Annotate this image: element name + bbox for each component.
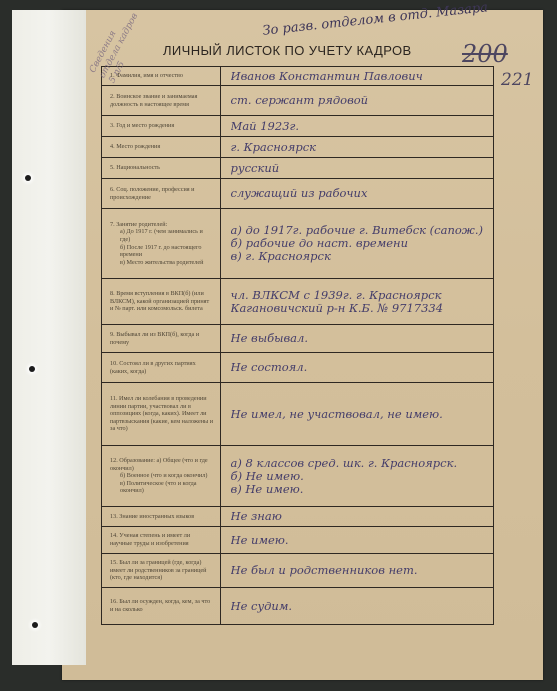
answer-cell: Не состоял. — [220, 353, 493, 383]
question-cell: 5. Национальность — [102, 158, 221, 179]
handwritten-answer: Иванов Константин Павлович — [231, 70, 483, 83]
question-label: 11. Имел ли колебания в проведении линии… — [110, 395, 214, 433]
form-row: 6. Соц. положение, профессия и происхожд… — [102, 179, 494, 209]
answer-cell: служащий из рабочих — [220, 179, 493, 209]
answer-cell: г. Красноярск — [220, 137, 493, 158]
answer-cell: Не судим. — [220, 588, 493, 625]
answer-cell: Не имел, не участвовал, не имею. — [220, 383, 493, 446]
answer-cell: ст. сержант рядовой — [220, 86, 493, 116]
form-row: 15. Был ли за границей (где, когда) имее… — [102, 554, 494, 588]
question-label: 8. Время вступления в ВКП(б) (или ВЛКСМ)… — [110, 290, 214, 313]
handwritten-answer: Не выбывал. — [231, 332, 483, 345]
form-row: 11. Имел ли колебания в проведении линии… — [102, 383, 494, 446]
question-cell: 12. Образование: а) Общее (что и где око… — [102, 446, 221, 507]
question-label: 16. Был ли осужден, когда, кем, за что и… — [110, 598, 214, 613]
question-label: 5. Национальность — [110, 164, 214, 172]
form-title: ЛИЧНЫЙ ЛИСТОК ПО УЧЕТУ КАДРОВ — [163, 43, 412, 58]
question-cell: 8. Время вступления в ВКП(б) (или ВЛКСМ)… — [102, 279, 221, 325]
handwritten-answer: ст. сержант рядовой — [231, 94, 483, 107]
form-row: 9. Выбывал ли из ВКП(б), когда и почемуН… — [102, 325, 494, 353]
handwritten-answer: Не состоял. — [231, 361, 483, 374]
form-row: 16. Был ли осужден, когда, кем, за что и… — [102, 588, 494, 625]
handwritten-answer: Не был и родственников нет. — [231, 564, 483, 577]
question-label: 10. Состоял ли в других партиях (каких, … — [110, 360, 214, 375]
handwritten-answer: в) г. Красноярск — [231, 250, 483, 263]
question-label: 1. Фамилия, имя и отчество — [110, 72, 214, 80]
question-label: 13. Знание иностранных языков — [110, 513, 214, 521]
answer-cell: русский — [220, 158, 493, 179]
answer-cell: Иванов Константин Павлович — [220, 67, 493, 86]
question-cell: 14. Ученая степень и имеет ли научные тр… — [102, 527, 221, 554]
handwritten-answer: б) рабочие до наст. времени — [231, 237, 483, 250]
question-cell: 13. Знание иностранных языков — [102, 507, 221, 527]
handwritten-answer: русский — [231, 162, 483, 175]
handwritten-answer: Май 1923г. — [231, 120, 483, 133]
question-cell: 2. Воинское звание и занимаемая должност… — [102, 86, 221, 116]
question-sub-label: в) Место жительства родителей — [110, 259, 214, 267]
answer-cell: Май 1923г. — [220, 116, 493, 137]
answer-cell: Не выбывал. — [220, 325, 493, 353]
question-sub-label: б) После 1917 г. до настоящего времени — [110, 244, 214, 259]
handwritten-answer: а) 8 классов сред. шк. г. Красноярск. — [231, 457, 483, 470]
question-cell: 4. Место рождения — [102, 137, 221, 158]
archive-number: 221 — [501, 70, 533, 90]
handwritten-answer: б) Не имею. — [231, 470, 483, 483]
handwritten-answer: Не имел, не участвовал, не имею. — [231, 408, 483, 421]
archive-number-crossed: 200 — [462, 40, 508, 68]
answer-cell: а) до 1917г. рабочие г. Витебск (сапож.)… — [220, 209, 493, 279]
handwritten-answer: служащий из рабочих — [231, 187, 483, 200]
form-row: 7. Занятие родителей:а) До 1917 г. (чем … — [102, 209, 494, 279]
handwritten-answer: Не судим. — [231, 600, 483, 613]
question-sub-label: а) До 1917 г. (чем занимались и где) — [110, 228, 214, 243]
question-label: 7. Занятие родителей: — [110, 221, 214, 229]
personnel-form-table: 1. Фамилия, имя и отчествоИванов Констан… — [101, 66, 494, 625]
question-label: 6. Соц. положение, профессия и происхожд… — [110, 186, 214, 201]
question-label: 15. Был ли за границей (где, когда) имее… — [110, 559, 214, 582]
question-cell: 7. Занятие родителей:а) До 1917 г. (чем … — [102, 209, 221, 279]
form-row: 5. Национальностьрусский — [102, 158, 494, 179]
question-label: 2. Воинское звание и занимаемая должност… — [110, 93, 214, 108]
question-cell: 15. Был ли за границей (где, когда) имее… — [102, 554, 221, 588]
form-row: 13. Знание иностранных языковНе знаю — [102, 507, 494, 527]
binding-strip — [12, 10, 86, 665]
question-label: 12. Образование: а) Общее (что и где око… — [110, 457, 214, 472]
handwritten-answer: а) до 1917г. рабочие г. Витебск (сапож.) — [231, 224, 483, 237]
punch-hole — [29, 366, 35, 372]
punch-hole — [25, 175, 31, 181]
form-row: 1. Фамилия, имя и отчествоИванов Констан… — [102, 67, 494, 86]
question-label: 3. Год и место рождения — [110, 122, 214, 130]
form-row: 14. Ученая степень и имеет ли научные тр… — [102, 527, 494, 554]
handwritten-answer: г. Красноярск — [231, 141, 483, 154]
question-cell: 9. Выбывал ли из ВКП(б), когда и почему — [102, 325, 221, 353]
answer-cell: Не был и родственников нет. — [220, 554, 493, 588]
answer-cell: чл. ВЛКСМ с 1939г. г. КрасноярскКаганови… — [220, 279, 493, 325]
question-cell: 6. Соц. положение, профессия и происхожд… — [102, 179, 221, 209]
form-row: 2. Воинское звание и занимаемая должност… — [102, 86, 494, 116]
form-row: 10. Состоял ли в других партиях (каких, … — [102, 353, 494, 383]
question-label: 14. Ученая степень и имеет ли научные тр… — [110, 532, 214, 547]
punch-hole — [32, 622, 38, 628]
answer-cell: Не знаю — [220, 507, 493, 527]
answer-cell: Не имею. — [220, 527, 493, 554]
form-row: 8. Время вступления в ВКП(б) (или ВЛКСМ)… — [102, 279, 494, 325]
question-cell: 16. Был ли осужден, когда, кем, за что и… — [102, 588, 221, 625]
question-label: 4. Место рождения — [110, 143, 214, 151]
question-cell: 11. Имел ли колебания в проведении линии… — [102, 383, 221, 446]
question-cell: 3. Год и место рождения — [102, 116, 221, 137]
handwritten-answer: Не знаю — [231, 510, 483, 523]
question-sub-label: в) Политическое (что и когда окончил) — [110, 480, 214, 495]
handwritten-answer: Кагановичский р-н К.Б. № 9717334 — [231, 302, 483, 315]
question-label: 9. Выбывал ли из ВКП(б), когда и почему — [110, 331, 214, 346]
handwritten-answer: чл. ВЛКСМ с 1939г. г. Красноярск — [231, 289, 483, 302]
handwritten-answer: в) Не имею. — [231, 483, 483, 496]
form-row: 12. Образование: а) Общее (что и где око… — [102, 446, 494, 507]
answer-cell: а) 8 классов сред. шк. г. Красноярск.б) … — [220, 446, 493, 507]
question-cell: 10. Состоял ли в других партиях (каких, … — [102, 353, 221, 383]
question-sub-label: б) Военное (что и когда окончил) — [110, 472, 214, 480]
form-row: 4. Место рожденияг. Красноярск — [102, 137, 494, 158]
form-row: 3. Год и место рожденияМай 1923г. — [102, 116, 494, 137]
handwritten-answer: Не имею. — [231, 534, 483, 547]
